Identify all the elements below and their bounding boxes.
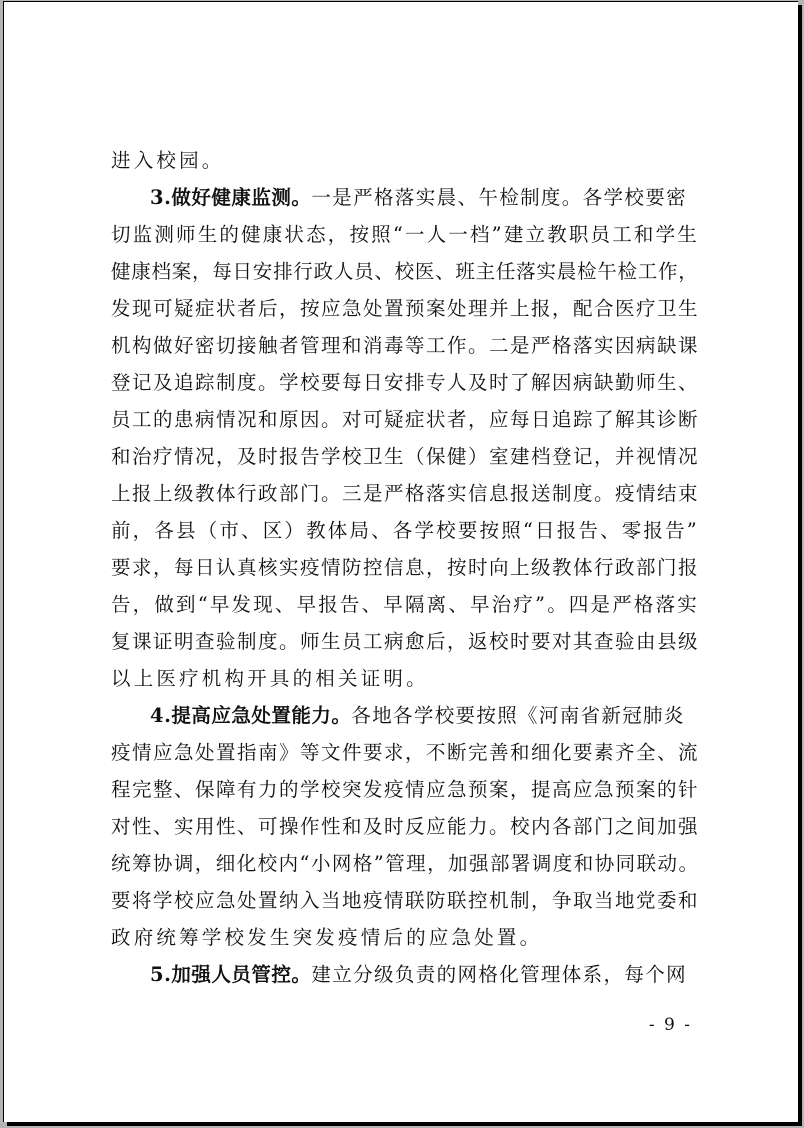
text-line: 程完整、保障有力的学校突发疫情应急预案，提高应急预案的针 — [111, 775, 699, 805]
text-line: 告，做到“早发现、早报告、早隔离、早治疗”。四是严格落实 — [111, 590, 699, 620]
text-fragment: 一是严格落实晨、午检制度。各学校要密 — [311, 186, 687, 209]
section-3-first-line: 3.做好健康监测。一是严格落实晨、午检制度。各学校要密 — [150, 183, 687, 213]
text-line: 复课证明查验制度。师生员工病愈后，返校时要对其查验由县级 — [111, 627, 699, 657]
text-fragment: 建立分级负责的网格化管理体系，每个网 — [311, 963, 687, 986]
text-line: 健康档案，每日安排行政人员、校医、班主任落实晨检午检工作， — [111, 257, 699, 287]
text-line: 前，各县（市、区）教体局、各学校要按照“日报告、零报告” — [111, 516, 699, 546]
section-heading: 4.提高应急处置能力。 — [150, 704, 351, 727]
text-line: 对性、实用性、可操作性和及时反应能力。校内各部门之间加强 — [111, 812, 699, 842]
text-line: 要求，每日认真核实疫情防控信息，按时向上级教体行政部门报 — [111, 553, 699, 583]
text-line: 上报上级教体行政部门。三是严格落实信息报送制度。疫情结束 — [111, 479, 699, 509]
section-heading: 5.加强人员管控。 — [150, 963, 311, 986]
text-line: 统筹协调，细化校内“小网格”管理，加强部署调度和协同联动。 — [111, 849, 699, 879]
text-line: 进入校园。 — [111, 146, 225, 176]
text-fragment: 各地各学校要按照《河南省新冠肺炎 — [351, 704, 684, 727]
text-line: 以上医疗机构开具的相关证明。 — [111, 664, 429, 694]
page-number: - 9 - — [649, 1015, 692, 1035]
document-page: 进入校园。 3.做好健康监测。一是严格落实晨、午检制度。各学校要密 切监测师生的… — [3, 1, 798, 1122]
text-line: 员工的患病情况和原因。对可疑症状者，应每日追踪了解其诊断 — [111, 405, 699, 435]
text-line: 切监测师生的健康状态，按照“一人一档”建立教职员工和学生 — [111, 220, 699, 250]
section-heading: 3.做好健康监测。 — [150, 186, 311, 209]
page-number-container: - 9 - — [4, 1015, 798, 1035]
section-5-first-line: 5.加强人员管控。建立分级负责的网格化管理体系，每个网 — [150, 960, 687, 990]
section-4-first-line: 4.提高应急处置能力。各地各学校要按照《河南省新冠肺炎 — [150, 701, 685, 731]
text-line: 政府统筹学校发生突发疫情后的应急处置。 — [111, 923, 542, 953]
text-line: 疫情应急处置指南》等文件要求，不断完善和细化要素齐全、流 — [111, 738, 699, 768]
text-line: 登记及追踪制度。学校要每日安排专人及时了解因病缺勤师生、 — [111, 368, 699, 398]
text-line: 和治疗情况，及时报告学校卫生（保健）室建档登记，并视情况 — [111, 442, 699, 472]
text-line: 发现可疑症状者后，按应急处置预案处理并上报，配合医疗卫生 — [111, 294, 699, 324]
text-line: 机构做好密切接触者管理和消毒等工作。二是严格落实因病缺课 — [111, 331, 699, 361]
text-line: 要将学校应急处置纳入当地疫情联防联控机制，争取当地党委和 — [111, 886, 699, 916]
